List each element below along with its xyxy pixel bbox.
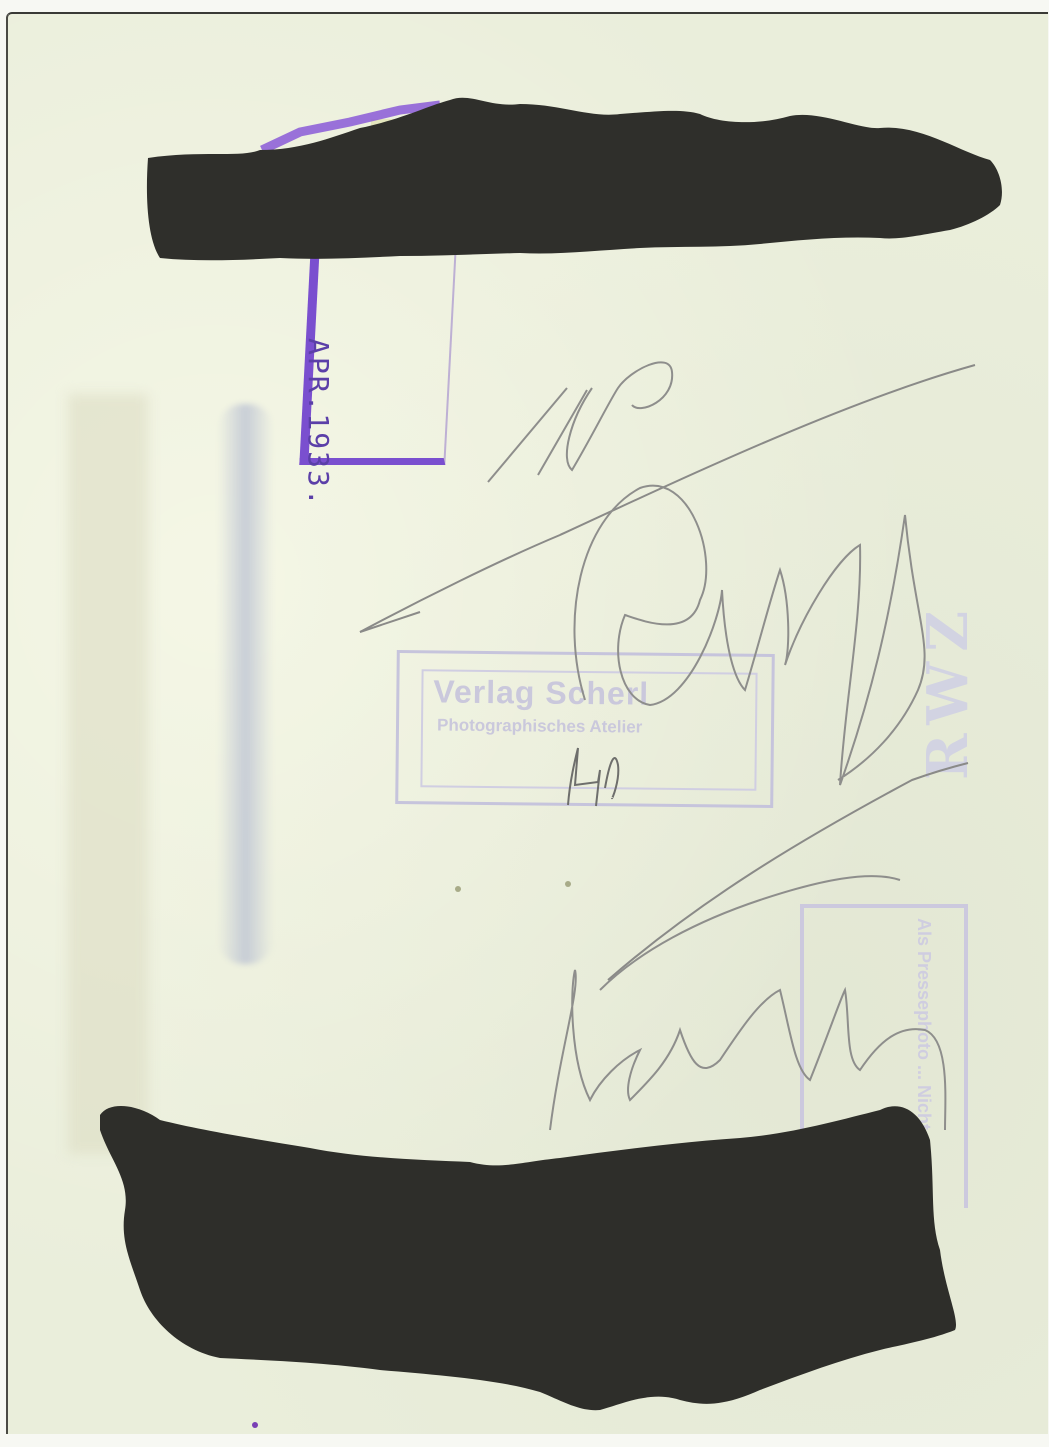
- stain-dot: [565, 881, 571, 887]
- stain-dot: [455, 886, 461, 892]
- purple-ink-dot: [252, 1422, 258, 1428]
- top-redaction: [147, 98, 1002, 261]
- bottom-redaction: [100, 1106, 956, 1410]
- pencil-annotations: [0, 0, 1049, 1447]
